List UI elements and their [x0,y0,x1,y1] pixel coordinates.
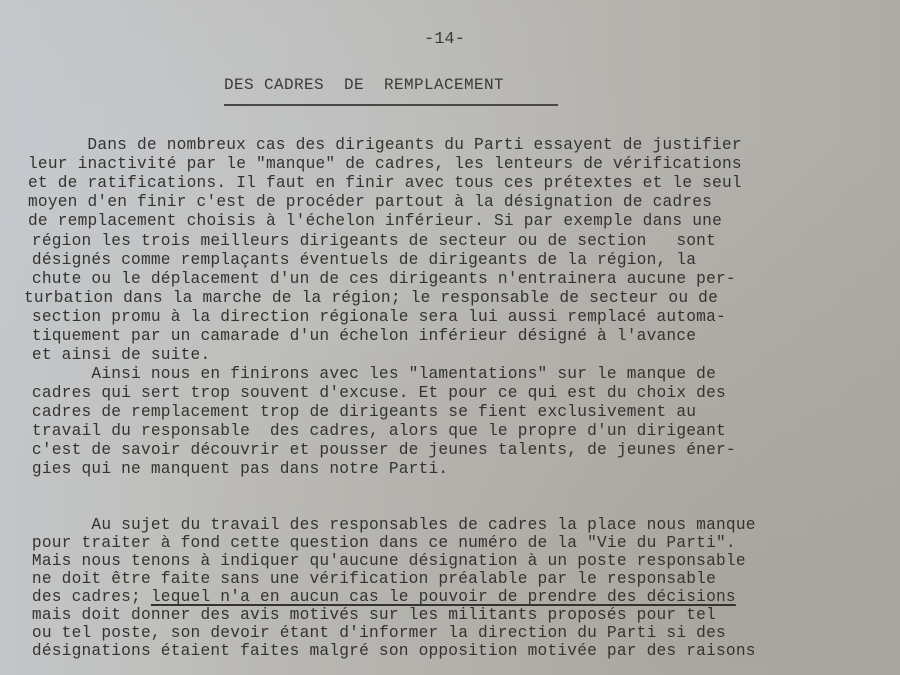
text-line: pour traiter à fond cette question dans … [22,534,736,552]
text-line: cadres de remplacement trop de dirigeant… [22,403,696,421]
text-line: région les trois meilleurs dirigeants de… [22,232,716,250]
text-line: leur inactivité par le "manque" de cadre… [28,155,742,173]
text-line: et ainsi de suite. [22,346,210,364]
text-line: ne doit être faite sans une vérification… [22,570,716,588]
title-underline [224,104,558,106]
text-line: chute ou le déplacement d'un de ces diri… [22,270,736,288]
text-line: Mais nous tenons à indiquer qu'aucune dé… [22,552,746,570]
text-line: moyen d'en finir c'est de procéder parto… [28,193,712,211]
text-line: turbation dans la marche de la région; l… [24,289,718,307]
text-line: Au sujet du travail des responsables de … [22,516,756,534]
text-line: cadres qui sert trop souvent d'excuse. E… [22,384,726,402]
text-line: Dans de nombreux cas des dirigeants du P… [18,136,742,154]
text-line: tiquement par un camarade d'un échelon i… [22,327,696,345]
text-line: travail du responsable des cadres, alors… [22,422,726,440]
text-line: gies qui ne manquent pas dans notre Part… [22,460,448,478]
text-line: mais doit donner des avis motivés sur le… [22,606,716,624]
scanned-document-page: -14- DES CADRES DE REMPLACEMENT Dans de … [0,0,900,675]
document-title: DES CADRES DE REMPLACEMENT [224,76,504,94]
text-line: section promu à la direction régionale s… [22,308,726,326]
text-line: désignations étaient faites malgré son o… [22,642,756,660]
text-line: ou tel poste, son devoir étant d'informe… [22,624,726,642]
text-line: désignés comme remplaçants éventuels de … [22,251,696,269]
underlined-phrase: lequel n'a en aucun cas le pouvoir de pr… [151,588,736,606]
text-fragment: des cadres; [22,588,151,606]
page-number: -14- [424,30,465,49]
text-line: c'est de savoir découvrir et pousser de … [22,441,736,459]
text-line: et de ratifications. Il faut en finir av… [28,174,742,192]
text-line: de remplacement choisis à l'échelon infé… [28,212,722,230]
text-line: Ainsi nous en finirons avec les "lamenta… [22,365,716,383]
text-line: des cadres; lequel n'a en aucun cas le p… [22,588,736,606]
